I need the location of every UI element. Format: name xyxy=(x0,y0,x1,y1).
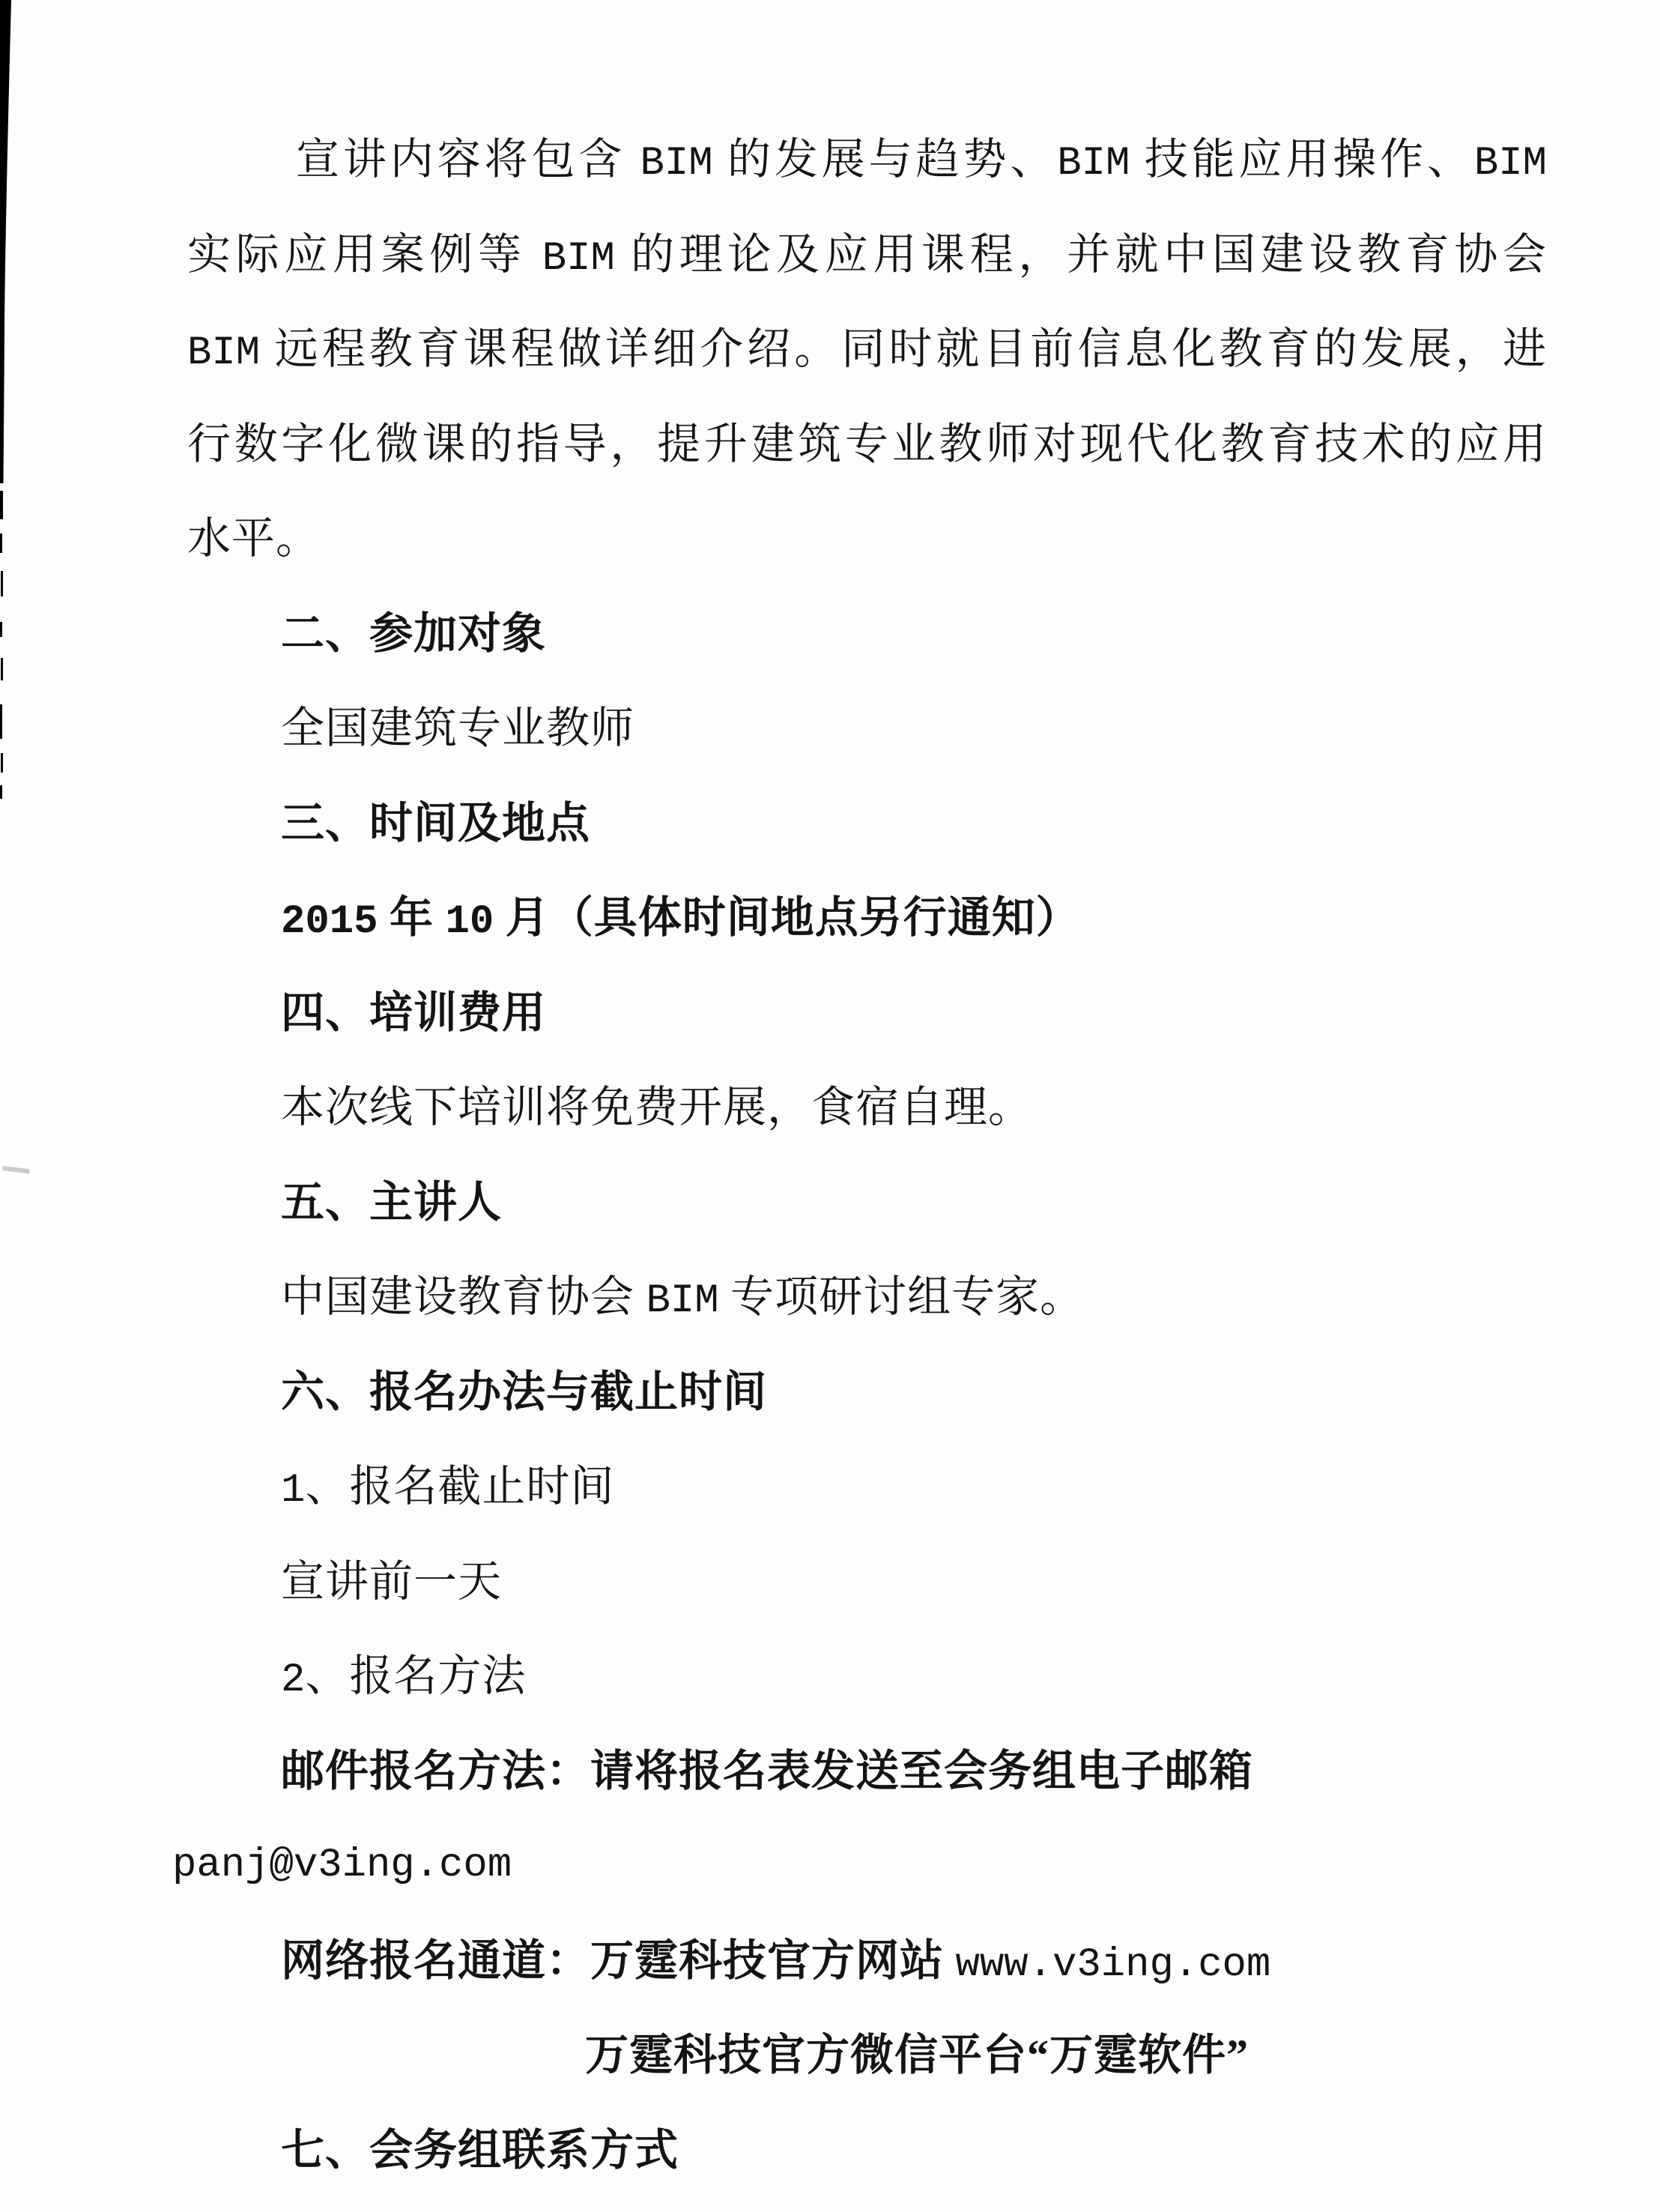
paragraph-text: 的发展与趋势、 xyxy=(713,135,1058,184)
body-paragraph-line: BIM 远程教育课程做详细介绍。同时就目前信息化教育的发展，进 xyxy=(187,302,1547,397)
scan-artifact-left-edge xyxy=(0,0,52,1274)
body-text: 万霆科技官方微信平台“万霆软件” xyxy=(585,2031,1249,2079)
month-number: 10 xyxy=(446,899,494,945)
heading-text: 五、主讲人 xyxy=(281,1178,502,1227)
heading-text: 六、报名办法与截止时间 xyxy=(281,1368,767,1416)
registration-method-label: 2、报名方法 xyxy=(187,1629,1547,1724)
website-url: www.v3ing.com xyxy=(956,1942,1271,1988)
body-text: 、报名方法 xyxy=(305,1652,526,1700)
list-number: 1 xyxy=(281,1468,305,1514)
bim-term: BIM xyxy=(187,330,260,376)
body-paragraph-line: 宣讲内容将包含 BIM 的发展与趋势、BIM 技能应用操作、BIM xyxy=(187,112,1547,208)
body-paragraph-line: 实际应用案例等 BIM 的理论及应用课程，并就中国建设教育协会 xyxy=(187,208,1547,303)
channel-label: 网络报名通道：万霆科技官方网站 xyxy=(281,1936,956,1985)
wechat-registration-channel: 万霆科技官方微信平台“万霆软件” xyxy=(187,2008,1547,2103)
email-address: panj@v3ing.com xyxy=(172,1819,1547,1914)
paragraph-text: 技能应用操作、 xyxy=(1130,135,1474,184)
registration-deadline-value: 宣讲前一天 xyxy=(187,1535,1547,1630)
registration-deadline-label: 1、报名截止时间 xyxy=(187,1439,1547,1535)
body-text: 本次线下培训将免费开展，食宿自理。 xyxy=(281,1083,1032,1131)
participants-text: 全国建筑专业教师 xyxy=(187,681,1547,776)
paragraph-text: 实际应用案例等 xyxy=(187,230,542,279)
body-text: 邮件报名方法：请将报名表发送至会务组电子邮箱 xyxy=(281,1747,1253,1795)
section-heading-3-time-place: 三、时间及地点 xyxy=(187,776,1547,871)
list-number: 2 xyxy=(281,1658,305,1703)
email-registration-method: 邮件报名方法：请将报名表发送至会务组电子邮箱 xyxy=(187,1724,1547,1819)
body-text: 年 xyxy=(378,893,445,942)
body-paragraph-line: 水平。 xyxy=(187,492,1547,587)
body-text: 宣讲前一天 xyxy=(281,1557,502,1606)
body-text: 中国建设教育协会 xyxy=(281,1272,646,1321)
section-heading-4-fees: 四、培训费用 xyxy=(187,966,1547,1061)
paragraph-text: 宣讲内容将包含 xyxy=(296,135,640,184)
body-text: 月（具体时间地点另行通知） xyxy=(494,893,1080,942)
email-text: panj@v3ing.com xyxy=(172,1843,512,1888)
heading-text: 四、培训费用 xyxy=(281,988,546,1037)
heading-text: 七、会务组联系方式 xyxy=(281,2126,679,2175)
bim-term: BIM xyxy=(1057,141,1130,187)
section-heading-5-speaker: 五、主讲人 xyxy=(187,1155,1547,1251)
bim-term: BIM xyxy=(640,141,713,187)
body-text: 全国建筑专业教师 xyxy=(281,704,634,752)
paragraph-text: 的理论及应用课程，并就中国建设教育协会 xyxy=(615,230,1547,279)
heading-text: 三、时间及地点 xyxy=(281,799,590,847)
paragraph-text: 行数字化微课的指导，提升建筑专业教师对现代化教育技术的应用 xyxy=(187,420,1547,468)
document-page: 宣讲内容将包含 BIM 的发展与趋势、BIM 技能应用操作、BIM 实际应用案例… xyxy=(0,0,1660,2212)
fees-text: 本次线下培训将免费开展，食宿自理。 xyxy=(187,1060,1547,1155)
time-place-text: 2015 年 10 月（具体时间地点另行通知） xyxy=(187,871,1547,966)
year-number: 2015 xyxy=(281,899,378,945)
section-heading-7-contact: 七、会务组联系方式 xyxy=(187,2103,1547,2199)
section-heading-6-registration: 六、报名办法与截止时间 xyxy=(187,1345,1547,1440)
bim-term: BIM xyxy=(542,236,615,282)
body-text: 专项研讨组专家。 xyxy=(719,1272,1085,1321)
body-paragraph-line: 行数字化微课的指导，提升建筑专业教师对现代化教育技术的应用 xyxy=(187,397,1547,492)
paragraph-text: 远程教育课程做详细介绍。同时就目前信息化教育的发展，进 xyxy=(260,324,1547,373)
web-registration-channel: 网络报名通道：万霆科技官方网站 www.v3ing.com xyxy=(187,1914,1547,2009)
paragraph-text: 水平。 xyxy=(187,514,320,563)
document-body: 宣讲内容将包含 BIM 的发展与趋势、BIM 技能应用操作、BIM 实际应用案例… xyxy=(187,112,1547,2198)
bim-term: BIM xyxy=(646,1278,719,1324)
body-text: 、报名截止时间 xyxy=(305,1462,614,1511)
section-heading-2-participants: 二、参加对象 xyxy=(187,587,1547,682)
heading-text: 二、参加对象 xyxy=(281,609,546,658)
speaker-text: 中国建设教育协会 BIM 专项研讨组专家。 xyxy=(187,1250,1547,1345)
bim-term: BIM xyxy=(1474,141,1547,187)
